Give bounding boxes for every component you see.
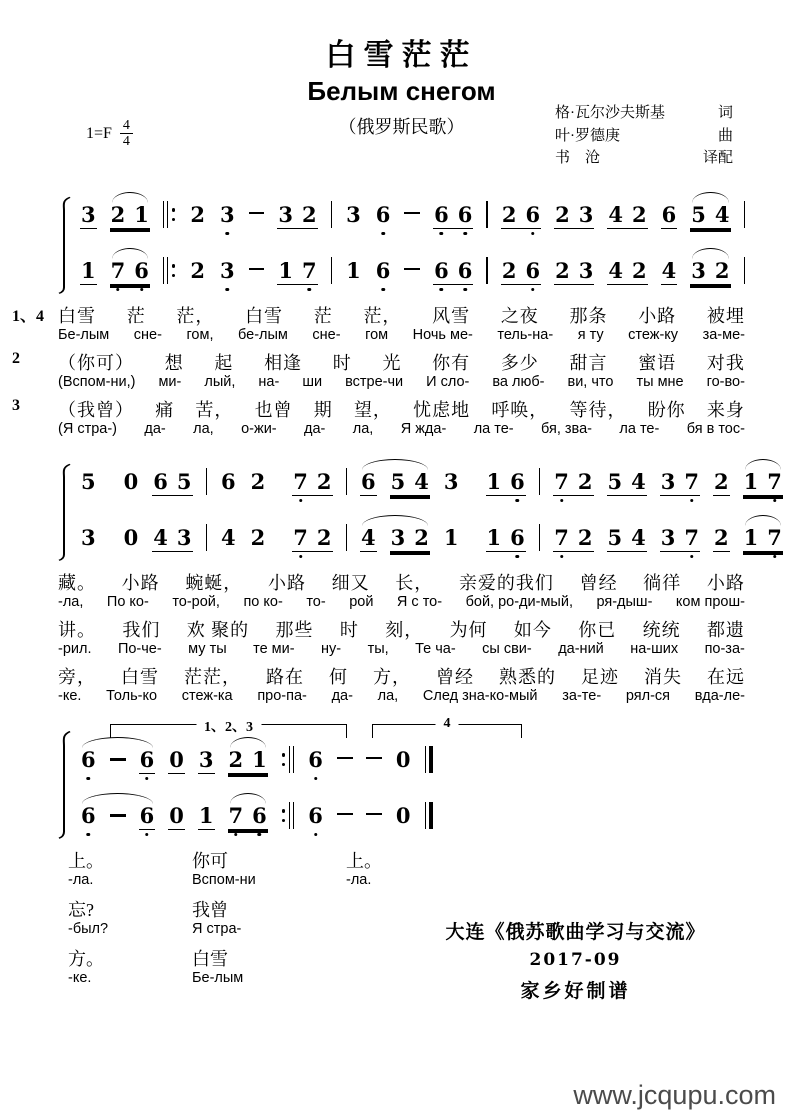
lyric-syllable: （我曾） [58,396,134,422]
digit-glyph: 6 [458,202,473,227]
digit-glyph: 5 [608,469,623,494]
barline-stroke [289,802,291,829]
verse-label-2: 2 [12,350,20,368]
lyric-syllable: 望， [354,396,392,422]
lyric-syllable: 相逢 [264,349,302,375]
lyric-syllable: ла те- [474,421,514,437]
note-cell: 23 [554,260,594,285]
digit-glyph: 6 [376,258,391,283]
note-digit: 5 [81,471,96,492]
note-digit: 1 [199,805,214,826]
barline [206,524,208,551]
digit-glyph: 6 [153,469,168,494]
barline-stroke [206,468,208,495]
note-cell: 37 [660,471,700,496]
note-digit: 2 [317,471,332,492]
note-cell: 32 [277,204,317,229]
lyric-syllable: 在远 [707,663,745,689]
lyricist-name: 格·瓦尔沙夫斯基 [555,102,665,125]
note-digit: 1 [487,471,502,492]
lyric-syllable: ла, [193,421,214,437]
low-octave-dot [116,288,120,292]
lyric-syllable: 痛 [155,396,174,422]
low-octave-dot [560,499,564,503]
lyric-syllable: ми- [158,374,181,390]
repeat-dot [282,763,286,767]
lyric-syllable: 茫 [314,302,333,328]
lyric-syllable: да- [304,421,325,437]
slur-group: 66 [80,805,155,830]
slur-group: 32 [690,260,730,285]
note-cell: 2 [250,527,267,552]
lyrics-row-russian: -ке.Толь-костеж-капро-па-да-ла,След зна-… [58,688,745,710]
digit-glyph: 2 [111,202,126,227]
lyric-syllable: 想 [165,349,184,375]
note-cell: 6 [375,204,392,229]
note-cell: 2 [189,204,206,229]
low-octave-dot [560,555,564,559]
lyric-syllable: лый, [204,374,235,390]
lyric-syllable: за-ме- [703,327,745,343]
note-digit: 2 [714,527,729,548]
note-digit: 0 [396,805,411,826]
note-digit: 2 [502,260,517,281]
credits: 格·瓦尔沙夫斯基 词 叶·罗德庚 曲 书 沧 译配 [555,102,733,170]
note-digit: 2 [251,471,266,492]
composer-role: 曲 [718,125,733,148]
repeat-dots [282,809,286,822]
slur-group: 654 [360,471,430,496]
barline [539,524,541,551]
digit-glyph: 6 [434,202,449,227]
note-digit: 2 [632,204,647,225]
repeat-dot [172,264,176,268]
low-octave-dot [381,288,385,292]
digit-glyph: 1 [487,469,502,494]
barline [346,524,348,551]
lyric-syllable: 茫茫， [184,663,241,689]
note-digit: 7 [684,527,699,548]
lyric-syllable: 小路 [707,569,745,595]
note-digit: 4 [221,527,236,548]
note-digit: 5 [608,527,623,548]
note-digit: 6 [376,204,391,225]
dash-note [110,814,126,817]
low-octave-dot [258,833,262,837]
barline-stroke [539,524,541,551]
note-digit: 4 [608,204,623,225]
lyric-syllable: ла, [353,421,374,437]
lyric-syllable: 小路 [638,302,676,328]
slur-group: 76 [228,805,268,830]
barline-stroke [289,746,291,773]
lyric-syllable: ком прош- [676,594,745,610]
lyric-syllable: го-во- [707,374,745,390]
note-cell: 37 [660,527,700,552]
digit-glyph: 1 [487,525,502,550]
digit-glyph: 3 [220,202,235,227]
lyric-syllable: гом, [186,327,213,343]
note-digit: 5 [391,471,406,492]
digit-glyph: 2 [251,469,266,494]
lyric-syllable: да- [332,688,353,704]
note-cell: 6 [307,805,324,830]
lyric-syllable: 长， [395,569,433,595]
digit-glyph: 2 [578,469,593,494]
digit-glyph: 2 [555,258,570,283]
ending-lyric-cell: 白雪 [192,945,312,970]
slur-group: 21 [110,204,150,229]
barline-stroke [486,201,488,228]
ending-lyric-cell: -ке. [68,970,140,994]
lyric-syllable: 茫 [127,302,146,328]
digit-glyph: 3 [199,747,214,772]
digit-glyph: 7 [554,525,569,550]
lyric-syllable: 细又 [332,569,370,595]
ending-lyric-cell: 方。 [68,945,140,970]
lyric-syllable: тель-на- [497,327,553,343]
lyrics-block-2: 藏。小路蜿蜒，小路细又长，亲爱的我们曾经徜徉小路-ла,По ко-то-рой… [58,569,745,710]
note-digit: 6 [81,805,96,826]
ending-lyrics-column-1: 上。-ла.忘?-был?方。-ке. [68,847,140,1003]
lyric-syllable: 徜徉 [643,569,681,595]
barline-stroke [744,201,746,228]
ending-lyrics-column-2: 你可Вспом-ни我曾Я стра-白雪Бе-лым [192,847,312,1003]
lyric-syllable: да- [144,421,165,437]
notation-line-voice2: 30434272432116725437217 [80,509,745,565]
ending-lyric-cell: -был? [68,921,140,945]
note-digit: 6 [308,749,323,770]
lyrics-row-chinese: （你可）想起相逢时光你有多少甜言蜜语对我 [58,349,745,374]
digit-glyph: 3 [278,202,293,227]
digit-glyph: 2 [414,525,429,550]
note-digit: 3 [81,204,96,225]
lyric-syllable: 茫， [363,302,401,328]
digit-glyph: 7 [684,469,699,494]
lyric-syllable: бя, зва- [541,421,592,437]
lyric-syllable: 起 [214,349,233,375]
lyric-syllable: 期 [314,396,333,422]
lyric-syllable: 旁， [58,663,96,689]
note-cell: 21 [228,749,268,774]
note-digit: 2 [578,471,593,492]
note-digit: 6 [134,260,149,281]
ending-lyric-cell: 你可 [192,847,312,872]
note-digit: 4 [414,471,429,492]
notation-line-voice1: 32123323666262342654 [80,186,745,242]
note-cell: 43 [152,527,192,552]
lyric-syllable: сне- [312,327,340,343]
note-digit: 2 [414,527,429,548]
digit-glyph: 4 [221,525,236,550]
note-cell: 6 [139,805,156,830]
lyric-syllable: 光 [382,349,401,375]
system-brace [58,196,72,294]
dash-note [337,813,353,816]
lyric-syllable: 小路 [268,569,306,595]
digit-glyph: 1 [346,258,361,283]
digit-glyph: 3 [579,258,594,283]
lyric-syllable: ну- [321,641,341,657]
lyric-syllable: 为何 [450,616,488,642]
digit-glyph: 6 [140,747,155,772]
dash-note [249,268,265,271]
note-cell: 3 [80,527,97,552]
note-cell: 0 [123,527,140,552]
key-signature: 1=F 4 4 [86,118,133,150]
lyrics-row-russian: Бе-лымсне-гом,бе-лымсне-гомНочь ме-тель-… [58,327,745,349]
footer-engraver: 家乡好制谱 [406,976,745,1003]
digit-glyph: 3 [691,258,706,283]
low-octave-dot [308,288,312,292]
note-digit: 2 [578,527,593,548]
barline [163,201,177,228]
note-cell: 72 [292,471,332,496]
lyric-syllable: 等待， [570,396,627,422]
barline [486,201,488,228]
lyric-syllable: 之夜 [501,302,539,328]
lyric-syllable: бе-лым [238,327,288,343]
note-cell: 17 [277,260,317,285]
note-cell: 4 [220,527,237,552]
lyric-syllable: 你有 [432,349,470,375]
lyric-syllable: 对我 [707,349,745,375]
digit-glyph: 0 [396,803,411,828]
lyric-syllable: 时 [333,349,352,375]
digit-glyph: 6 [308,803,323,828]
note-cell: 6 [360,471,377,496]
ending-lyrics-column-3: 上。-ла. [346,847,406,1003]
note-cell: 6 [139,749,156,774]
ending-lyric-cell: 我曾 [192,896,312,921]
note-cell: 3 [219,204,236,229]
barline-stroke [331,257,333,284]
lyric-syllable: 蜜语 [638,349,676,375]
barline-stroke [167,201,169,228]
note-digit: 6 [221,471,236,492]
note-cell: 66 [433,204,473,229]
lyrics-row-russian: (Я стра-)да-ла,о-жи-да-ла,Я жда-ла те-бя… [58,421,745,443]
note-digit: 6 [458,204,473,225]
note-cell: 6 [220,471,237,496]
lyric-syllable: бой, ро-ди-мый, [466,594,573,610]
lyric-syllable: Я жда- [401,421,447,437]
note-digit: 3 [661,527,676,548]
note-cell: 54 [690,204,730,229]
lyric-syllable: про-па- [257,688,307,704]
lyric-syllable: на- [258,374,279,390]
barline-stroke [293,746,295,773]
digit-glyph: 2 [302,202,317,227]
lyrics-row-russian: -рил.По-че-му тыте ми-ну-ты,Те ча-сы сви… [58,641,745,663]
barline-stroke [539,468,541,495]
digit-glyph: 1 [744,469,759,494]
note-digit: 7 [554,471,569,492]
note-digit: 0 [169,749,184,770]
lyric-syllable: ты мне [636,374,683,390]
lyric-syllable: （你可） [58,349,134,375]
note-digit: 5 [177,471,192,492]
note-cell: 42 [607,260,647,285]
low-octave-dot [516,499,520,503]
sheet-content: 白雪茫茫 Белым снегом （俄罗斯民歌） 1=F 4 4 格·瓦尔沙夫… [0,0,790,1003]
lyric-syllable: 也曾 [255,396,293,422]
note-cell: 6 [661,204,678,229]
lyric-syllable: о-жи- [241,421,277,437]
note-digit: 7 [111,260,126,281]
verse-label-1-4: 1、4 [12,303,44,326]
lyric-syllable: ря-дыш- [596,594,652,610]
slur-group: 17 [743,471,783,496]
lyric-syllable: то-рой, [172,594,220,610]
song-title-chinese: 白雪茫茫 [58,30,745,74]
note-digit: 7 [229,805,244,826]
digit-glyph: 2 [317,525,332,550]
low-octave-dot [463,232,467,236]
credit-composer: 叶·罗德庚 曲 [555,125,733,148]
lyric-syllable: 熟悉的 [499,663,556,689]
digit-glyph: 6 [510,525,525,550]
low-octave-dot [773,499,777,503]
lyric-syllable: 藏。 [58,569,96,595]
note-cell: 2 [250,471,267,496]
barline-stroke [425,746,427,773]
note-digit: 3 [81,527,96,548]
note-cell: 16 [486,527,526,552]
note-digit: 6 [140,805,155,826]
dash-note [249,212,265,215]
note-digit: 1 [487,527,502,548]
lyric-syllable: -ла, [58,594,83,610]
barline-stroke [206,524,208,551]
lyric-syllable: 何 [329,663,348,689]
lyric-syllable: 欢 聚的 [187,616,250,642]
note-digit: 4 [662,260,677,281]
digit-glyph: 4 [414,469,429,494]
low-octave-dot [145,777,149,781]
note-cell: 66 [433,260,473,285]
digit-glyph: 0 [396,747,411,772]
digit-glyph: 2 [555,202,570,227]
digit-glyph: 3 [391,525,406,550]
digit-glyph: 6 [221,469,236,494]
note-cell: 6 [80,805,97,830]
notation-line-voice1: 66032160 [80,720,745,787]
digit-glyph: 1 [744,525,759,550]
low-octave-dot [463,288,467,292]
note-cell: 0 [123,471,140,496]
lyric-syllable: 讲。 [58,616,96,642]
note-cell: 5 [80,471,97,496]
barline-stroke [429,746,433,773]
dash-note [110,758,126,761]
ending-lyric-cell: -ла. [346,872,406,896]
note-cell: 76 [228,805,268,830]
lyric-syllable: сне- [134,327,162,343]
digit-glyph: 6 [510,469,525,494]
digit-glyph: 7 [554,469,569,494]
note-cell: 0 [168,749,185,774]
note-cell: 0 [395,749,412,774]
translator-role: 译配 [703,147,733,170]
digit-glyph: 5 [81,469,96,494]
note-digit: 6 [510,471,525,492]
digit-glyph: 3 [661,525,676,550]
lyric-syllable: ты, [368,641,389,657]
notation-system-3: 1、2、3 4 66032160 66017660 [80,720,745,843]
lyric-syllable: гом [365,327,388,343]
lyric-syllable: 时 [340,616,359,642]
note-digit: 4 [715,204,730,225]
note-cell: 76 [110,260,150,285]
lyric-syllable: стеж-ка [182,688,233,704]
barline-stroke [425,802,427,829]
barline-stroke [163,257,165,284]
lyric-syllable: 茫， [176,302,214,328]
website-watermark-link[interactable]: www.jcqupu.com [573,1080,776,1111]
low-octave-dot [314,833,318,837]
lyric-syllable: 方， [373,663,411,689]
digit-glyph: 4 [153,525,168,550]
slur-group: 54 [690,204,730,229]
lyric-syllable: 白雪 [121,663,159,689]
barline [281,802,295,829]
footer-source: 大连《俄苏歌曲学习与交流》 [406,917,745,944]
note-digit: 6 [140,749,155,770]
lyric-syllable: 你已 [578,616,616,642]
sheet-music-page: 白雪茫茫 Белым снегом （俄罗斯民歌） 1=F 4 4 格·瓦尔沙夫… [0,0,790,1119]
key-label: 1=F [86,125,112,143]
digit-glyph: 5 [391,469,406,494]
lyric-syllable: за-те- [562,688,601,704]
lyric-syllable: 统统 [643,616,681,642]
note-digit: 2 [555,260,570,281]
note-digit: 5 [608,471,623,492]
note-digit: 2 [190,204,205,225]
barline [346,468,348,495]
lyric-syllable: Ночь ме- [413,327,473,343]
lyric-syllable: 呼唤， [491,396,548,422]
note-digit: 6 [252,805,267,826]
lyric-syllable: -ке. [58,688,81,704]
note-cell: 26 [501,204,541,229]
digit-glyph: 4 [608,258,623,283]
barline [486,257,488,284]
credit-lyricist: 格·瓦尔沙夫斯基 词 [555,102,733,125]
notation-line-voice2: 66017660 [80,787,745,843]
digit-glyph: 1 [444,525,459,550]
note-digit: 3 [391,527,406,548]
digit-glyph: 3 [579,202,594,227]
note-digit: 3 [220,260,235,281]
barline [206,468,208,495]
low-octave-dot [440,232,444,236]
digit-glyph: 6 [458,258,473,283]
digit-glyph: 2 [632,258,647,283]
barline-stroke [331,201,333,228]
meter-numerator: 4 [120,118,133,134]
note-cell: 54 [607,527,647,552]
digit-glyph: 2 [229,747,244,772]
note-digit: 3 [661,471,676,492]
note-digit: 7 [767,527,782,548]
low-octave-dot [87,833,91,837]
note-cell: 3 [443,471,460,496]
digit-glyph: 2 [251,525,266,550]
barline [425,802,433,829]
repeat-dots [172,208,176,221]
digit-glyph: 1 [81,258,96,283]
